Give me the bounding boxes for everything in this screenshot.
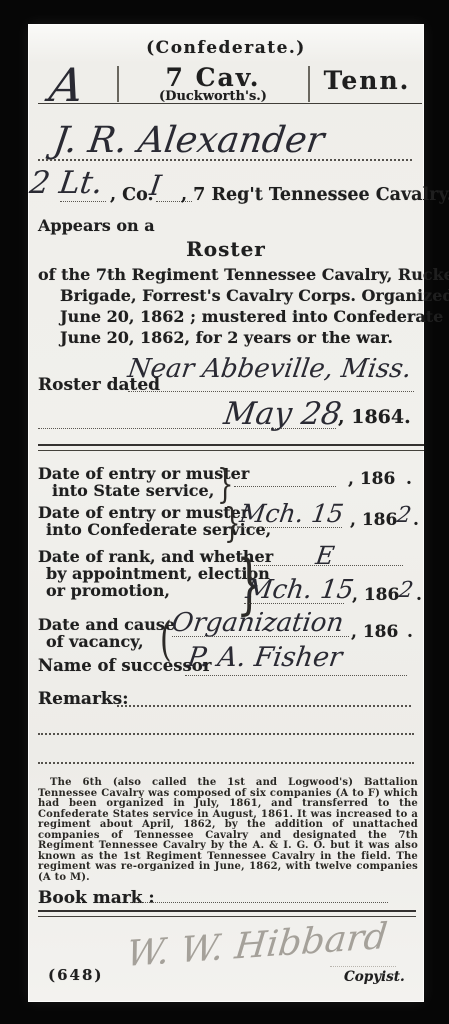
- state-service-blank-line: [234, 486, 336, 487]
- roster-dated-year: , 1864.: [338, 406, 411, 428]
- remarks-blank-line-1: [117, 705, 411, 707]
- rank-blank-line: [60, 201, 106, 202]
- name-blank-line: [38, 159, 412, 161]
- confederate-service-year-digit-handwritten: 2: [395, 503, 413, 528]
- header-rule: [38, 103, 422, 104]
- roster-dated-place-handwritten: Near Abbeville, Miss.: [126, 354, 413, 384]
- confederate-service-year: , 186: [350, 510, 397, 530]
- unit-alias-label: (Duckworth's.): [120, 89, 306, 104]
- header-divider-right: [308, 66, 310, 102]
- soldier-name-handwritten: J. R. Alexander: [51, 120, 327, 161]
- vacancy-period: .: [407, 622, 413, 642]
- vacancy-label: Date and cause of vacancy,: [38, 616, 175, 650]
- vacancy-year: , 186: [351, 622, 398, 642]
- record-card: (Confederate.) A 7 Cav. (Duckworth's.) T…: [28, 24, 424, 1002]
- card-number: (648): [48, 966, 104, 984]
- rank-handwritten: 2 Lt.: [27, 165, 105, 201]
- scan-background: (Confederate.) A 7 Cav. (Duckworth's.) T…: [0, 0, 449, 1024]
- rank-date-period: .: [416, 585, 422, 605]
- appears-on-label: Appears on a: [38, 216, 155, 235]
- remarks-blank-line-2: [38, 733, 414, 735]
- vacancy-label-line1: Date and cause: [38, 616, 175, 633]
- vacancy-label-line2: of vacancy,: [38, 633, 175, 650]
- roster-dated-blank-line: [128, 391, 414, 392]
- rank-date-blank-line-bottom: [244, 603, 344, 604]
- remarks-label: Remarks:: [38, 689, 129, 709]
- unit-number-label: 7 Cav.: [120, 63, 306, 92]
- roster-description-line: Brigade, Forrest's Cavalry Corps. Organi…: [38, 285, 426, 306]
- successor-value-handwritten: P. A. Fisher: [186, 642, 344, 673]
- section-double-rule-bottom: [38, 910, 416, 917]
- confederate-service-blank-line: [238, 527, 342, 528]
- confederate-service-value-handwritten: Mch. 15: [238, 499, 345, 528]
- state-label: Tenn.: [312, 66, 422, 95]
- regiment-label: , 7 Reg't Tennessee Cavalry.: [181, 185, 449, 205]
- copyist-label: Copyist.: [344, 969, 405, 985]
- roster-title: Roster: [28, 237, 424, 261]
- bookmark-label: Book mark :: [38, 888, 155, 908]
- rank-date-year: , 186: [352, 585, 399, 605]
- bookmark-blank-line: [130, 902, 388, 903]
- section-double-rule-top: [38, 444, 424, 451]
- remarks-blank-line-3: [38, 762, 414, 764]
- vacancy-value-handwritten: Organization: [170, 608, 346, 638]
- confederate-service-period: .: [413, 510, 419, 530]
- rank-date-value-handwritten: Mch. 15: [244, 575, 356, 605]
- signature-blank-line: [330, 966, 396, 967]
- series-label: (Confederate.): [28, 38, 424, 58]
- regiment-history-footnote: The 6th (also called the 1st and Logwood…: [38, 778, 418, 883]
- unit-block: 7 Cav. (Duckworth's.): [120, 63, 306, 104]
- roster-description-line: June 20, 1862, for 2 years or the war.: [38, 327, 426, 348]
- rank-date-year-digit-handwritten: 2: [397, 578, 415, 603]
- company-handwritten: I: [148, 169, 164, 202]
- vacancy-blank-line: [172, 636, 349, 637]
- rank-date-blank-line-top: [254, 565, 403, 566]
- roster-description-line: June 20, 1862 ; mustered into Confederat…: [38, 306, 426, 327]
- company-label: , Co.: [110, 185, 154, 205]
- roster-description: of the 7th Regiment Tennessee Cavalry, R…: [38, 264, 426, 348]
- state-service-year: , 186: [348, 469, 395, 489]
- roster-dated-date-handwritten: May 28: [221, 396, 343, 432]
- header-divider-left: [117, 66, 119, 102]
- roster-description-line: of the 7th Regiment Tennessee Cavalry, R…: [38, 264, 426, 285]
- successor-blank-line: [185, 675, 407, 676]
- state-service-period: .: [406, 469, 412, 489]
